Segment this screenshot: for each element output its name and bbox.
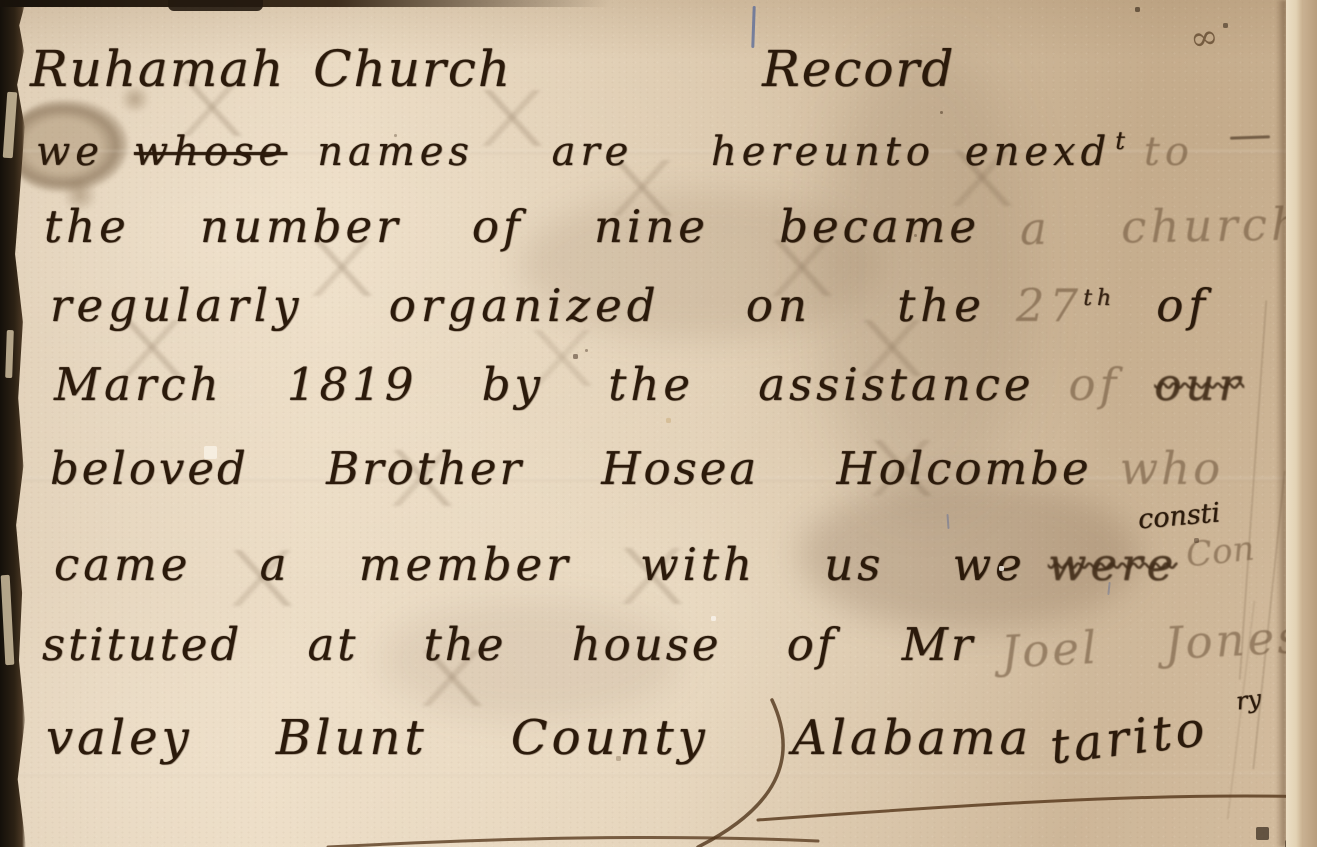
page-curl-edge (1303, 0, 1317, 847)
page-curl-shadow (1276, 0, 1286, 847)
descender-flourish (698, 700, 783, 847)
page-curl-ridge (1286, 0, 1303, 847)
top-edge-dark-blob (168, 0, 263, 11)
bottom-rule-line-2 (328, 837, 818, 847)
ink-strokes (0, 0, 1317, 847)
top-edge-shadow (0, 0, 610, 7)
manuscript-page: RuhamahChurchRecord wewhosenames are her… (0, 0, 1317, 847)
bottom-rule-line-1 (758, 796, 1317, 820)
